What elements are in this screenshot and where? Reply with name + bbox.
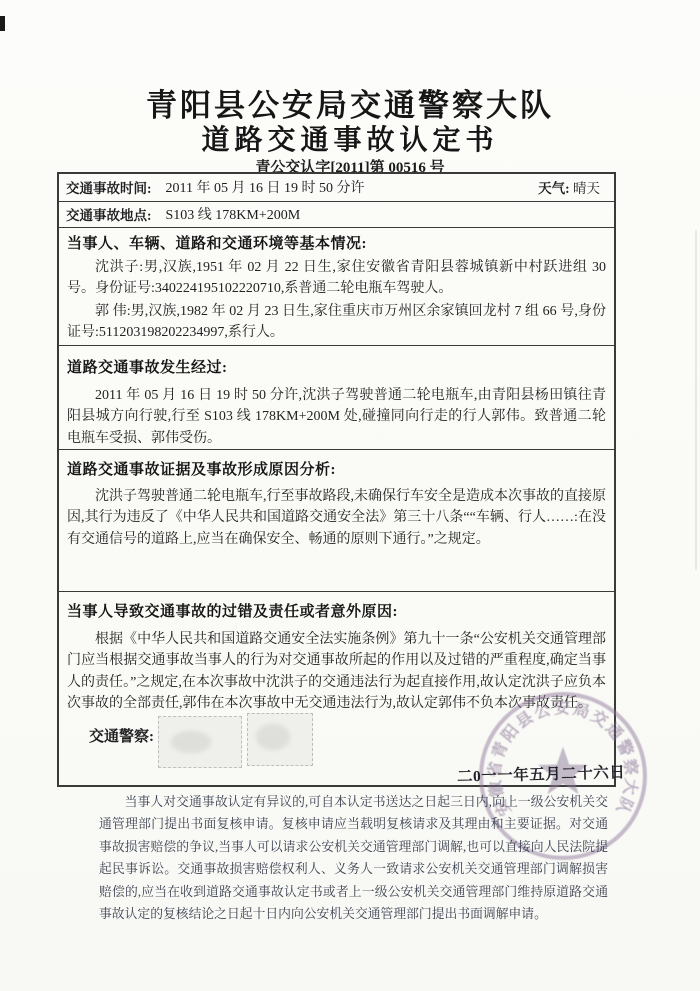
accident-location-value: S103 线 178KM+200M xyxy=(166,204,301,224)
accident-time-row: 交通事故时间: 2011 年 05 月 16 日 19 时 50 分许 天气: … xyxy=(59,174,614,202)
weather-value: 晴天 xyxy=(573,181,600,196)
signature-ink-blob xyxy=(171,731,211,753)
section-basic-heading: 当事人、车辆、道路和交通环境等基本情况: xyxy=(67,232,606,253)
weather-field: 天气: 晴天 xyxy=(538,177,600,197)
accident-time-value: 2011 年 05 月 16 日 19 时 50 分许 xyxy=(166,177,365,197)
scan-artifact-speck xyxy=(0,16,5,31)
party2-paragraph: 郭 伟:男,汉族,1982 年 02 月 23 日生,家住重庆市万州区余家镇回龙… xyxy=(67,301,606,344)
section-accident-process: 道路交通事故发生经过: 2011 年 05 月 16 日 19 时 50 分许,… xyxy=(59,346,614,450)
section-liability: 当事人导致交通事故的过错及责任或者意外原因: 根据《中华人民共和国道路交通安全法… xyxy=(59,592,614,785)
document-page: 青阳县公安局交通警察大队 道路交通事故认定书 青公交认字[2011]第 0051… xyxy=(0,0,700,991)
section-liability-heading: 当事人导致交通事故的过错及责任或者意外原因: xyxy=(67,600,606,621)
process-paragraph: 2011 年 05 月 16 日 19 时 50 分许,沈洪子驾驶普通二轮电瓶车… xyxy=(67,385,606,450)
police-signature-smudge xyxy=(158,716,242,768)
issue-date: 二0一一年五月二十六日 xyxy=(457,759,658,786)
party1-paragraph: 沈洪子:男,汉族,1951 年 02 月 22 日生,家住安徽省青阳县蓉城镇新中… xyxy=(67,257,606,300)
section-process-heading: 道路交通事故发生经过: xyxy=(67,356,606,377)
traffic-police-label: 交通警察: xyxy=(67,725,606,746)
police-signature-smudge xyxy=(247,713,313,766)
weather-label: 天气: xyxy=(538,181,570,196)
footer-legal-notice: 当事人对交通事故认定有异议的,可自本认定书送达之日起三日内,向上一级公安机关交通… xyxy=(99,791,608,925)
section-evidence-analysis: 道路交通事故证据及事故形成原因分析: 沈洪子驾驶普通二轮电瓶车,行至事故路段,未… xyxy=(59,450,614,592)
signature-ink-blob xyxy=(256,724,290,750)
section-evidence-heading: 道路交通事故证据及事故形成原因分析: xyxy=(67,458,606,479)
liability-paragraph: 根据《中华人民共和国道路交通安全法实施条例》第九十一条“公安机关交通管理部门应当… xyxy=(67,629,606,715)
section-basic-situation: 当事人、车辆、道路和交通环境等基本情况: 沈洪子:男,汉族,1951 年 02 … xyxy=(59,228,614,346)
accident-report-table: 交通事故时间: 2011 年 05 月 16 日 19 时 50 分许 天气: … xyxy=(57,172,616,787)
evidence-paragraph: 沈洪子驾驶普通二轮电瓶车,行至事故路段,未确保行车安全是造成本次事故的直接原因,… xyxy=(67,486,606,551)
accident-location-row: 交通事故地点: S103 线 178KM+200M xyxy=(59,202,614,228)
accident-location-label: 交通事故地点: xyxy=(66,204,152,224)
accident-time-label: 交通事故时间: xyxy=(66,177,152,197)
scan-edge-line xyxy=(695,230,697,570)
document-title: 道路交通事故认定书 xyxy=(0,118,700,158)
